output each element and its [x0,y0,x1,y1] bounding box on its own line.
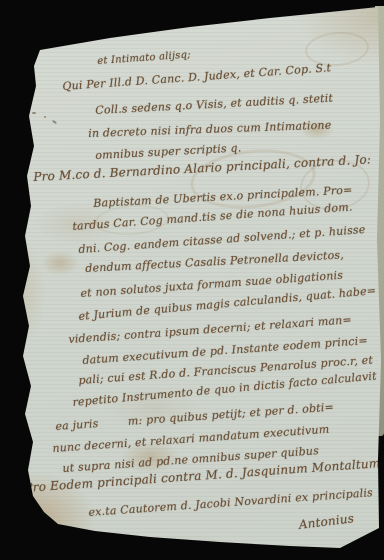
stain [40,250,80,276]
manuscript-line: Coll.s sedens q.o Visis, et auditis q. s… [95,92,333,117]
signature: Antonius [298,511,355,532]
pen-mark [32,112,36,114]
manuscript-page: et Intimato alijsq; Qui Per Ill.d D. Can… [0,0,384,560]
manuscript-line: et Intimato alijsq; [97,49,191,66]
manuscript-line: in decreto nisi infra duos cum Intimatio… [88,119,332,140]
pen-mark [52,120,57,125]
pen-mark [44,116,46,118]
photo-background: et Intimato alijsq; Qui Per Ill.d D. Can… [0,0,384,560]
